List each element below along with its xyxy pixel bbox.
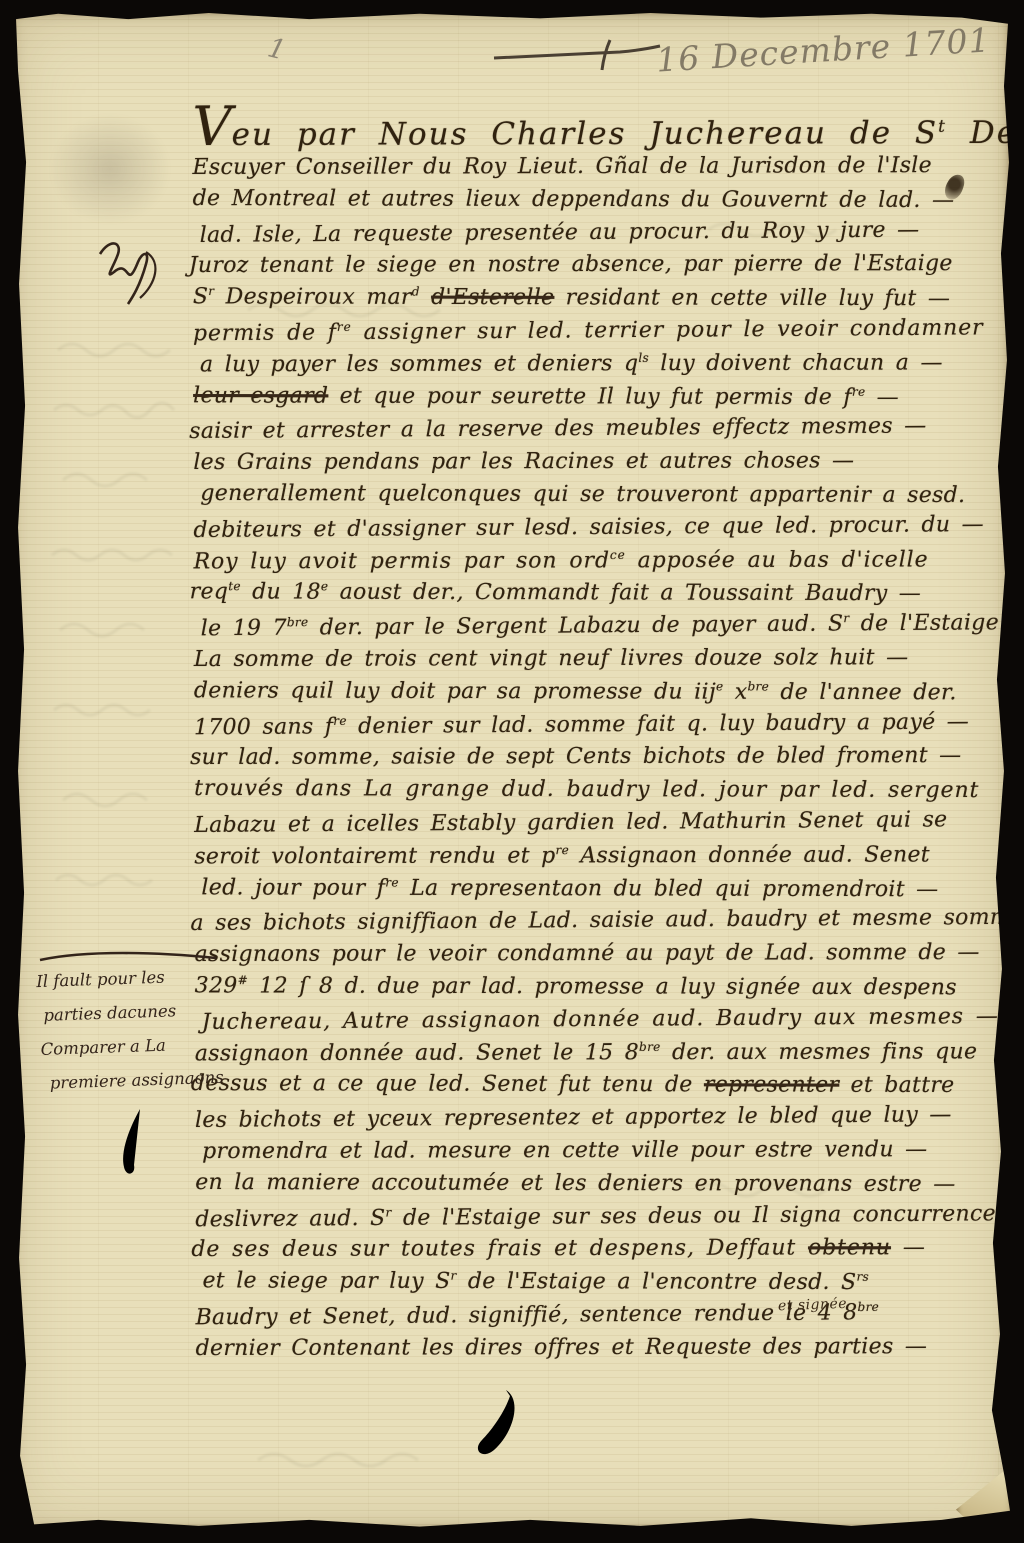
text-line: leur esgard et que pour seurette Il luy … — [193, 383, 985, 418]
text-line: permis de fre assigner sur led. terrier … — [193, 315, 985, 354]
pencil-smudge — [50, 114, 170, 224]
text-line: et le siege par luy Sr de l'Estaige a l'… — [202, 1268, 987, 1303]
text-line: les Grains pendans par les Racines et au… — [193, 448, 985, 483]
text-line: de ses deus sur toutes frais et despens,… — [191, 1235, 987, 1270]
text-line: Juchereau, Autre assignaon donnée aud. B… — [202, 1004, 987, 1043]
text-line: dessus et a ce que led. Senet fut tenu d… — [191, 1071, 987, 1106]
text-line: les bichots et yceux representez et appo… — [195, 1102, 987, 1141]
text-line: promendra et lad. mesure en cette ville … — [202, 1137, 987, 1172]
text-line: assignaon donnée aud. Senet le 15 8bre d… — [195, 1038, 987, 1073]
cross-stroke-mark — [492, 38, 662, 74]
text-line: dernier Contenant les dires offres et Re… — [196, 1334, 988, 1369]
document-body: Veu par Nous Charles Juchereau de St Den… — [192, 93, 987, 1369]
text-line: lad. Isle, La requeste presentée au proc… — [200, 217, 985, 256]
text-line: Labazu et a icelles Estably gardien led.… — [194, 807, 986, 846]
interline-note: et signée — [778, 1296, 848, 1314]
text-line: a ses bichots signiffiaon de Lad. saisie… — [190, 905, 986, 944]
text-line: Baudry et Senet, dud. signiffié, sentenc… — [195, 1299, 987, 1338]
margin-note-line: premiere assignaons — [49, 1061, 215, 1101]
text-line: Sr Despeiroux mard d'Esterelle residant … — [193, 284, 985, 319]
text-line: en la maniere accoutumée et les deniers … — [195, 1170, 987, 1205]
text-line: Juroz tenant le siege en nostre absence,… — [189, 251, 985, 286]
text-line: generallement quelconques qui se trouver… — [200, 481, 985, 516]
manuscript-photo: { "window": { "backdrop_color": "#0b0806… — [0, 0, 1024, 1543]
text-line: La somme de trois cent vingt neuf livres… — [194, 645, 986, 680]
closing-paraph-icon — [460, 1384, 540, 1476]
manuscript-page: 1 16 Decembre 1701 Veu par Nous Charles … — [8, 10, 1012, 1532]
text-line: Roy luy avoit permis par son ordce appos… — [194, 547, 986, 582]
text-line: sur lad. somme, saisie de sept Cents bic… — [190, 743, 986, 778]
text-line: deslivrez aud. Sr de l'Estaige sur ses d… — [195, 1201, 987, 1240]
margin-note: Il fault pour lesparties dacunesComparer… — [36, 959, 216, 1101]
text-line: Escuyer Conseiller du Roy Lieut. Gñal de… — [192, 153, 984, 188]
text-line: 329# 12 ſ 8 d. due par lad. promesse a l… — [195, 973, 987, 1008]
text-line: 1700 sans fre denier sur lad. somme fait… — [194, 709, 986, 748]
text-line: a luy payer les sommes et deniers qls lu… — [200, 350, 985, 385]
text-line: le 19 7bre der. par le Sergent Labazu de… — [201, 610, 986, 649]
text-line: seroit volontairemt rendu et pre Assigna… — [194, 842, 986, 877]
document-heading: Veu par Nous Charles Juchereau de St Den… — [192, 93, 984, 155]
text-line: reqte du 18e aoust der., Commandt fait a… — [190, 579, 986, 614]
text-line: assignaons pour le veoir condamné au pay… — [195, 940, 987, 975]
text-line: deniers quil luy doit par sa promesse du… — [194, 678, 986, 713]
text-line: de Montreal et autres lieux deppendans d… — [193, 186, 985, 221]
text-line: debiteurs et d'assigner sur lesd. saisie… — [193, 512, 985, 551]
text-line: trouvés dans La grange dud. baudry led. … — [194, 776, 986, 811]
text-line: saisir et arrester a la reserve des meub… — [189, 413, 985, 452]
margin-note-flourish-icon — [100, 1105, 160, 1185]
text-line: led. jour pour fre La representaon du bl… — [201, 874, 986, 909]
